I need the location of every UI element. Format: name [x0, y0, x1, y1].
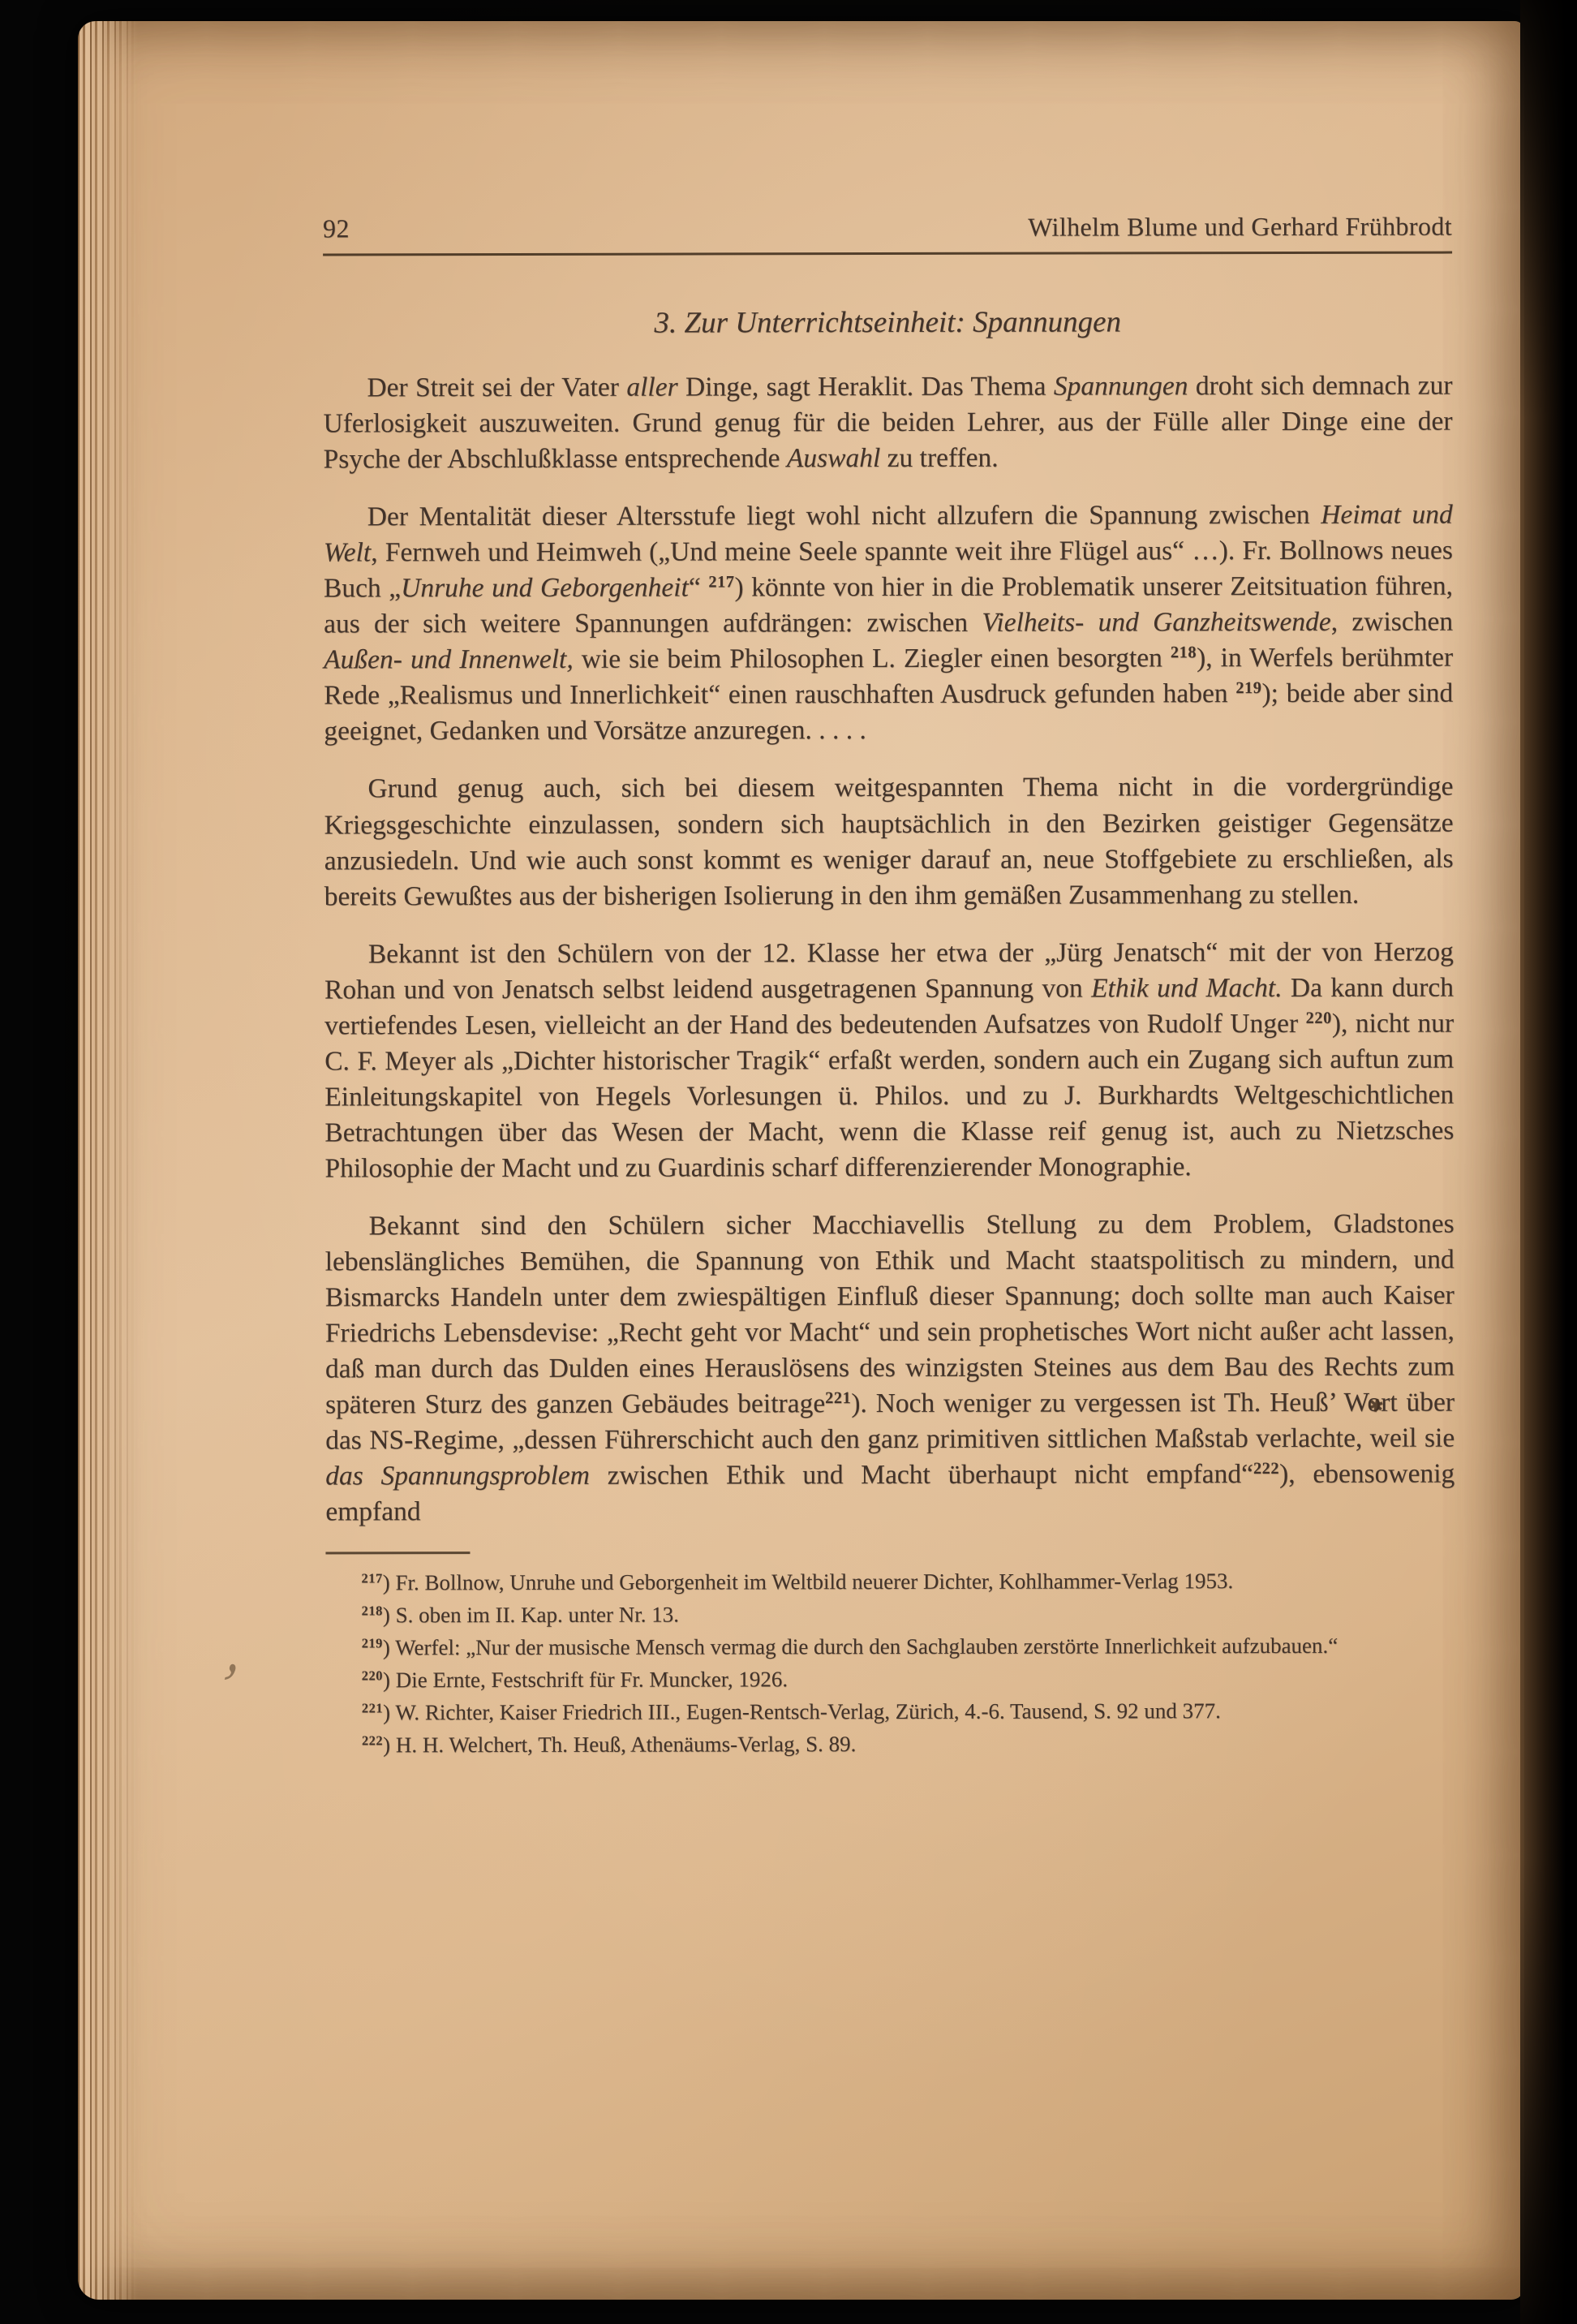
- footnotes: 217) Fr. Bollnow, Unruhe und Geborgenhei…: [326, 1567, 1455, 1760]
- paragraph: Grund genug auch, sich bei diesem weitge…: [324, 769, 1453, 915]
- paragraph: Bekannt ist den Schülern von der 12. Kla…: [324, 934, 1455, 1186]
- footnote: 221) W. Richter, Kaiser Friedrich III., …: [326, 1697, 1455, 1728]
- header-rule: [323, 252, 1452, 256]
- footnote-number: 220: [362, 1668, 383, 1683]
- footnote-reference: 221: [825, 1389, 851, 1407]
- footnote-reference: 219: [1235, 679, 1261, 697]
- footnote-number: 218: [362, 1603, 383, 1619]
- footnote-number: 219: [362, 1635, 383, 1650]
- page-number: 92: [323, 213, 350, 243]
- paragraph: Bekannt sind den Schülern sicher Macchia…: [325, 1207, 1455, 1530]
- footnote-reference: 222: [1253, 1460, 1279, 1478]
- book-page: 92 Wilhelm Blume und Gerhard Frühbrodt 3…: [78, 21, 1524, 2300]
- footnote-number: 222: [362, 1732, 383, 1748]
- footnote-reference: 218: [1171, 643, 1197, 661]
- footnote: 217) Fr. Bollnow, Unruhe und Geborgenhei…: [326, 1567, 1455, 1599]
- footnote-reference: 217: [708, 573, 734, 591]
- footnote-number: 217: [362, 1571, 383, 1586]
- footnote: 219) Werfel: „Nur der musische Mensch ve…: [326, 1632, 1455, 1663]
- body-paragraphs: Der Streit sei der Vater aller Dinge, sa…: [323, 368, 1455, 1530]
- paragraph: Der Streit sei der Vater aller Dinge, sa…: [323, 368, 1452, 478]
- footnote-reference: 220: [1306, 1009, 1332, 1026]
- print-speck-icon: ✱: [1367, 1394, 1386, 1418]
- paragraph: Der Mentalität dieser Altersstufe liegt …: [324, 497, 1454, 750]
- footnote: 220) Die Ernte, Festschrift für Fr. Munc…: [326, 1664, 1455, 1696]
- footnote: 222) H. H. Welchert, Th. Heuß, Athenäums…: [326, 1728, 1455, 1760]
- footnote-number: 221: [362, 1700, 383, 1715]
- footnote-separator: [325, 1551, 470, 1554]
- section-title: 3. Zur Unterrichtseinheit: Spannungen: [323, 304, 1452, 342]
- fore-edge-right: [1520, 0, 1577, 2324]
- page-content: 92 Wilhelm Blume und Gerhard Frühbrodt 3…: [323, 212, 1455, 1764]
- page-header: 92 Wilhelm Blume und Gerhard Frühbrodt: [323, 212, 1452, 244]
- footnote: 218) S. oben im II. Kap. unter Nr. 13.: [326, 1599, 1455, 1631]
- pencil-mark: ‚: [218, 1610, 258, 1689]
- running-head: Wilhelm Blume und Gerhard Frühbrodt: [1028, 212, 1452, 243]
- photo-background: 92 Wilhelm Blume und Gerhard Frühbrodt 3…: [0, 0, 1577, 2324]
